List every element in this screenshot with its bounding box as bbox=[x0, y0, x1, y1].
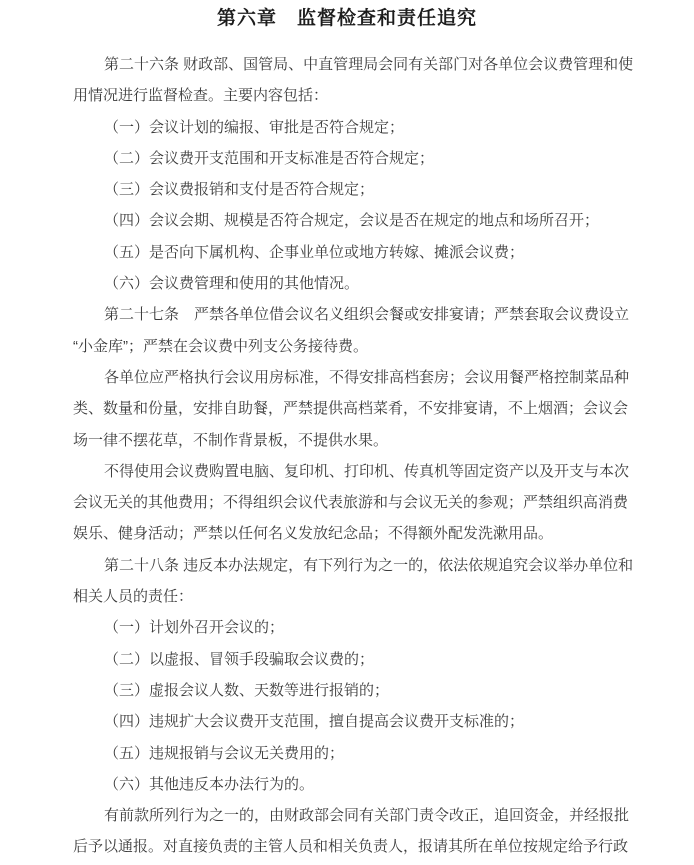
paragraph: （三）虚报会议人数、天数等进行报销的； bbox=[73, 675, 684, 706]
text-line: （五）是否向下属机构、企事业单位或地方转嫁、摊派会议费； bbox=[73, 237, 684, 268]
document-page: 第六章 监督检查和责任追究 第二十六条 财政部、国管局、中直管理局会同有关部门对… bbox=[0, 0, 694, 865]
text-line: （三）虚报会议人数、天数等进行报销的； bbox=[73, 675, 684, 706]
text-line: 第二十七条 严禁各单位借会议名义组织会餐或安排宴请；严禁套取会议费设立 bbox=[73, 299, 684, 330]
paragraph: （四）会议会期、规模是否符合规定，会议是否在规定的地点和场所召开； bbox=[73, 205, 684, 236]
document-body: 第二十六条 财政部、国管局、中直管理局会同有关部门对各单位会议费管理和使用情况进… bbox=[0, 49, 694, 863]
text-line: 各单位应严格执行会议用房标准，不得安排高档套房；会议用餐严格控制菜品种 bbox=[73, 362, 684, 393]
paragraph: （二）会议费开支范围和开支标准是否符合规定； bbox=[73, 143, 684, 174]
text-line: （四）违规扩大会议费开支范围，擅自提高会议费开支标准的； bbox=[73, 706, 684, 737]
paragraph: （六）其他违反本办法行为的。 bbox=[73, 769, 684, 800]
text-line: 有前款所列行为之一的，由财政部会同有关部门责令改正，追回资金，并经报批 bbox=[73, 800, 684, 831]
text-line: 不得使用会议费购置电脑、复印机、打印机、传真机等固定资产以及开支与本次 bbox=[73, 456, 684, 487]
paragraph: 不得使用会议费购置电脑、复印机、打印机、传真机等固定资产以及开支与本次会议无关的… bbox=[73, 456, 684, 550]
text-line: 会议无关的其他费用；不得组织会议代表旅游和与会议无关的参观；严禁组织高消费 bbox=[73, 487, 684, 518]
paragraph: （五）违规报销与会议无关费用的； bbox=[73, 738, 684, 769]
paragraph: （一）计划外召开会议的； bbox=[73, 612, 684, 643]
paragraph: （五）是否向下属机构、企事业单位或地方转嫁、摊派会议费； bbox=[73, 237, 684, 268]
text-line: （一）会议计划的编报、审批是否符合规定； bbox=[73, 112, 684, 143]
paragraph: 第二十七条 严禁各单位借会议名义组织会餐或安排宴请；严禁套取会议费设立“小金库”… bbox=[73, 299, 684, 362]
text-line: 场一律不摆花草，不制作背景板，不提供水果。 bbox=[73, 425, 684, 456]
text-line: （二）会议费开支范围和开支标准是否符合规定； bbox=[73, 143, 684, 174]
paragraph: 有前款所列行为之一的，由财政部会同有关部门责令改正，追回资金，并经报批后予以通报… bbox=[73, 800, 684, 863]
text-line: 第二十八条 违反本办法规定，有下列行为之一的，依法依规追究会议举办单位和 bbox=[73, 550, 684, 581]
paragraph: （三）会议费报销和支付是否符合规定； bbox=[73, 174, 684, 205]
paragraph: 第二十八条 违反本办法规定，有下列行为之一的，依法依规追究会议举办单位和相关人员… bbox=[73, 550, 684, 613]
paragraph: 各单位应严格执行会议用房标准，不得安排高档套房；会议用餐严格控制菜品种类、数量和… bbox=[73, 362, 684, 456]
text-line: （四）会议会期、规模是否符合规定，会议是否在规定的地点和场所召开； bbox=[73, 205, 684, 236]
paragraph: （六）会议费管理和使用的其他情况。 bbox=[73, 268, 684, 299]
paragraph: （一）会议计划的编报、审批是否符合规定； bbox=[73, 112, 684, 143]
text-line: 第二十六条 财政部、国管局、中直管理局会同有关部门对各单位会议费管理和使 bbox=[73, 49, 684, 80]
text-line: 类、数量和份量，安排自助餐，严禁提供高档菜肴，不安排宴请，不上烟酒；会议会 bbox=[73, 393, 684, 424]
text-line: 后予以通报。对直接负责的主管人员和相关负责人，报请其所在单位按规定给予行政 bbox=[73, 831, 684, 862]
text-line: （五）违规报销与会议无关费用的； bbox=[73, 738, 684, 769]
paragraph: 第二十六条 财政部、国管局、中直管理局会同有关部门对各单位会议费管理和使用情况进… bbox=[73, 49, 684, 112]
text-line: 相关人员的责任： bbox=[73, 581, 684, 612]
text-line: （一）计划外召开会议的； bbox=[73, 612, 684, 643]
text-line: 用情况进行监督检查。主要内容包括： bbox=[73, 80, 684, 111]
text-line: （二）以虚报、冒领手段骗取会议费的； bbox=[73, 644, 684, 675]
chapter-title: 第六章 监督检查和责任追究 bbox=[0, 3, 694, 34]
text-line: （六）其他违反本办法行为的。 bbox=[73, 769, 684, 800]
paragraph: （四）违规扩大会议费开支范围，擅自提高会议费开支标准的； bbox=[73, 706, 684, 737]
text-line: （三）会议费报销和支付是否符合规定； bbox=[73, 174, 684, 205]
text-line: 娱乐、健身活动；严禁以任何名义发放纪念品；不得额外配发洗漱用品。 bbox=[73, 518, 684, 549]
text-line: （六）会议费管理和使用的其他情况。 bbox=[73, 268, 684, 299]
text-line: “小金库”；严禁在会议费中列支公务接待费。 bbox=[73, 331, 684, 362]
paragraph: （二）以虚报、冒领手段骗取会议费的； bbox=[73, 644, 684, 675]
